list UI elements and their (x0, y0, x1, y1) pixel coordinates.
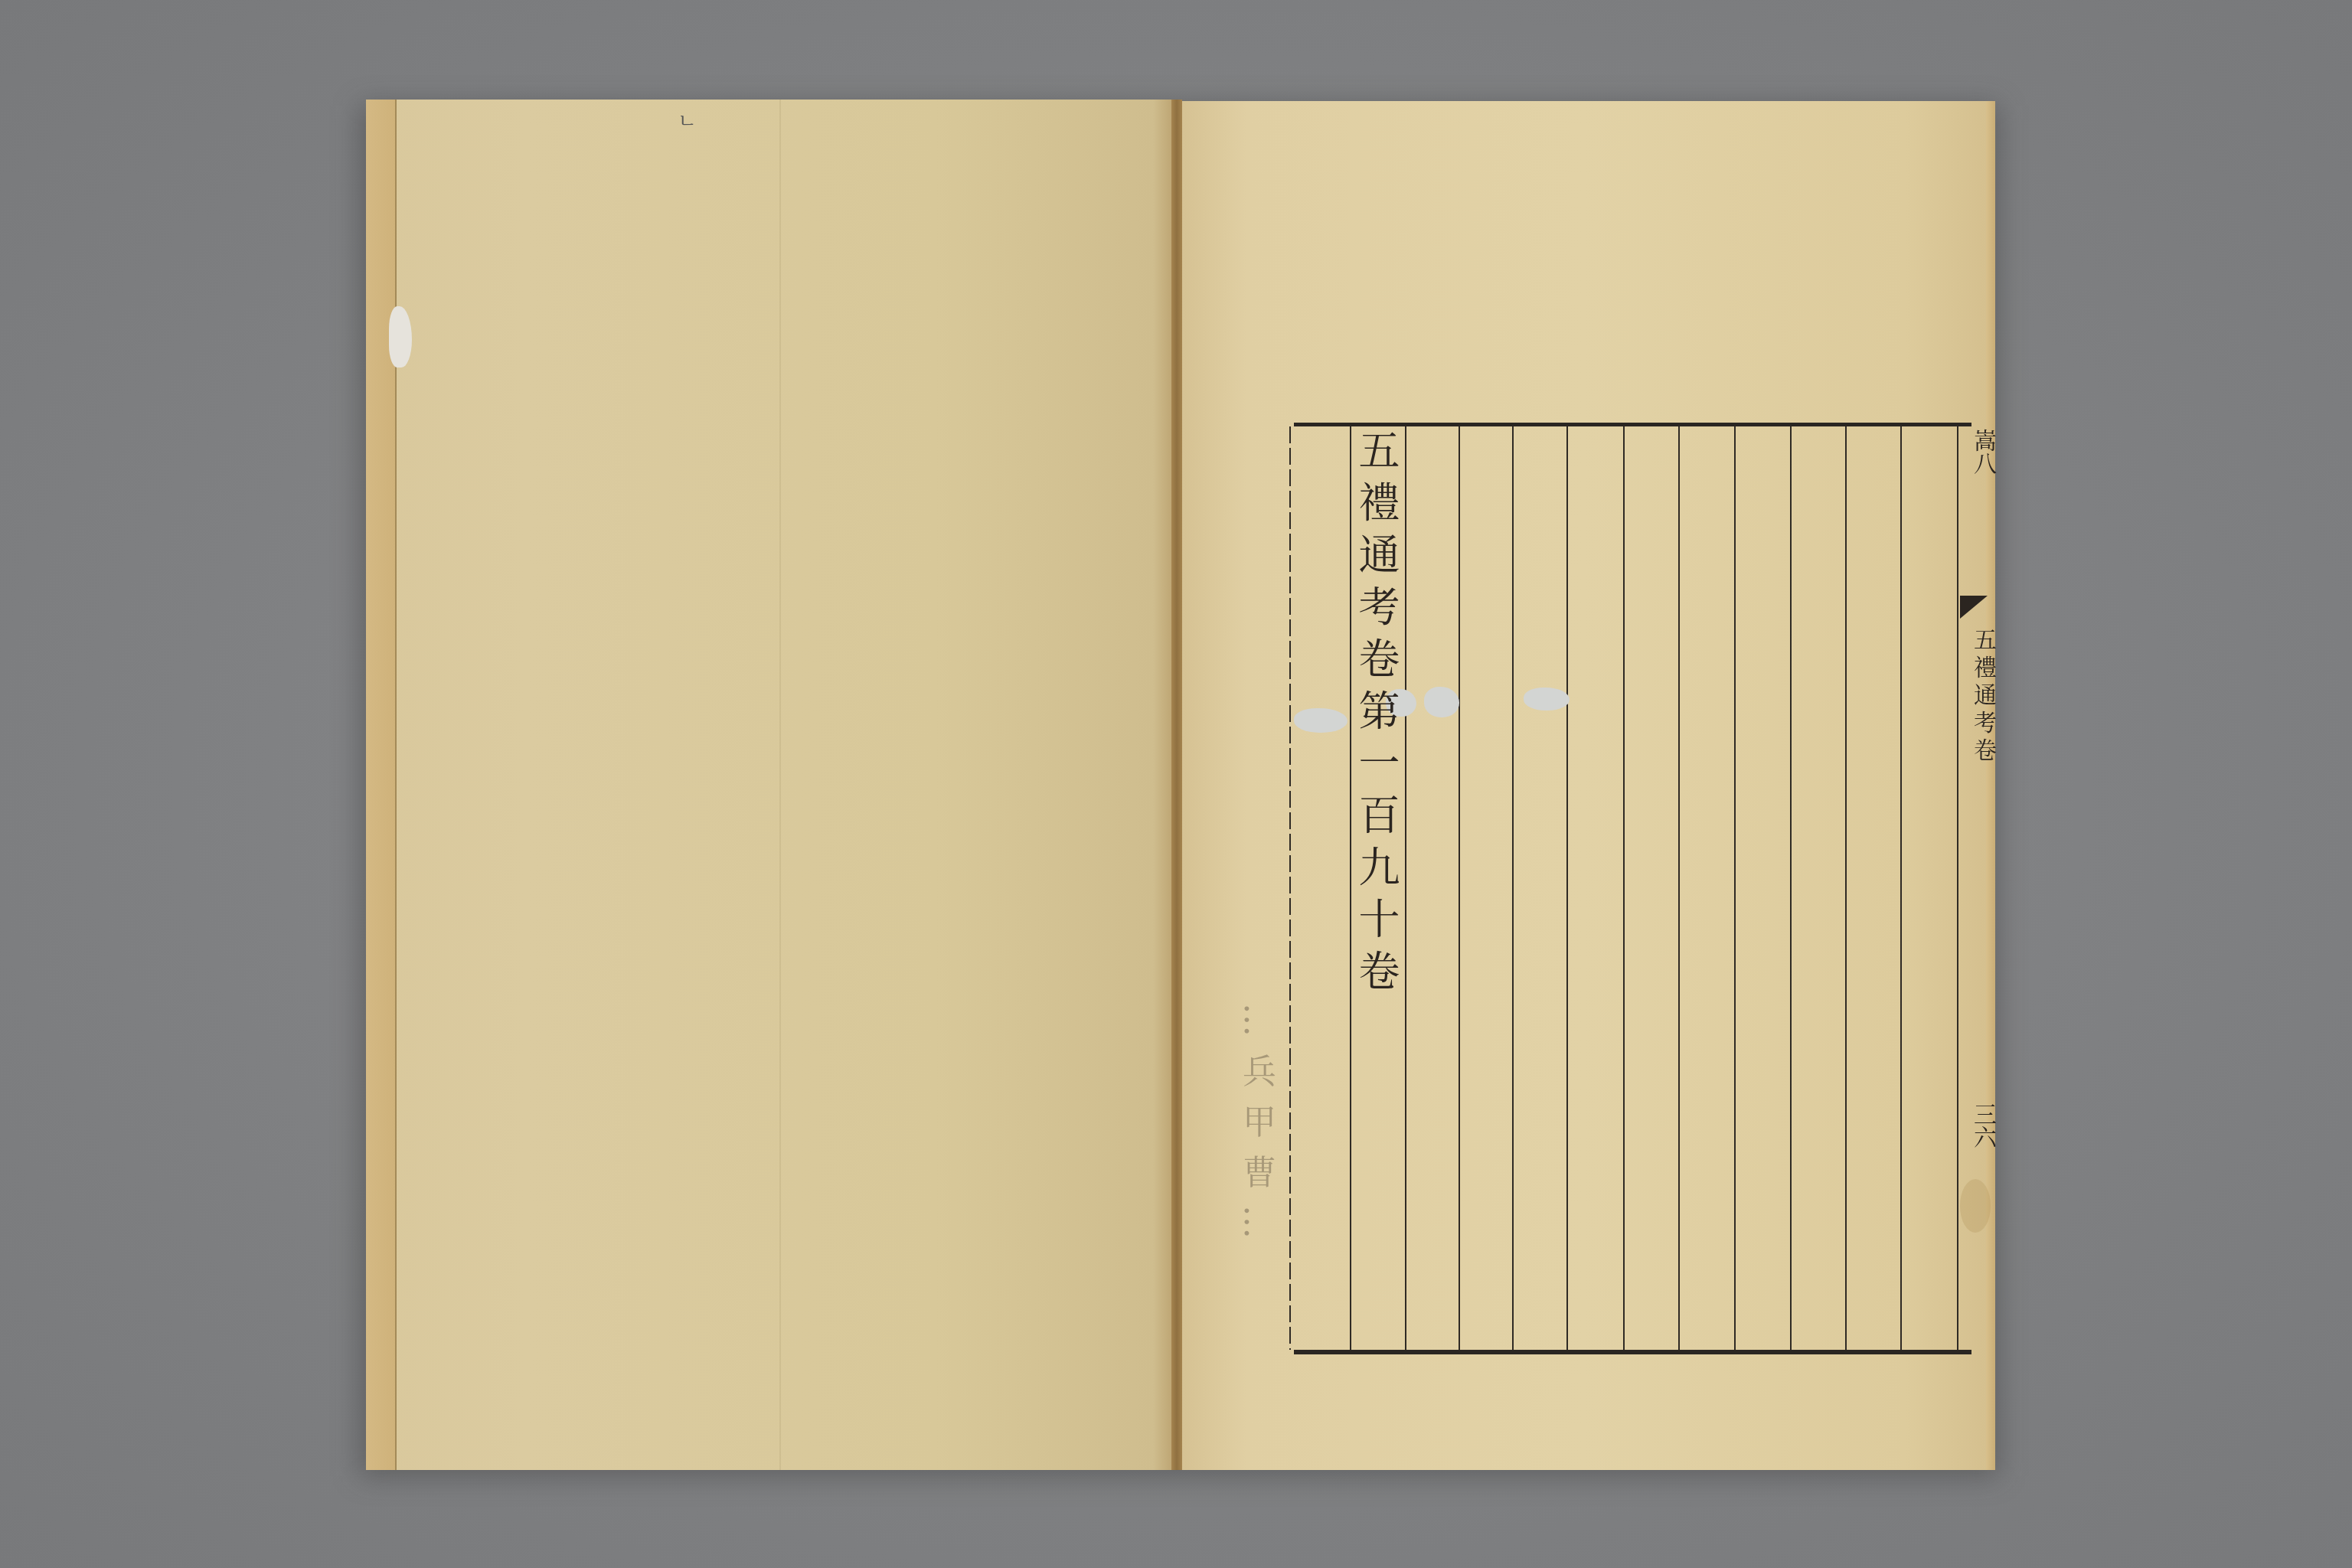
fish-tail-mark-icon (1960, 596, 1988, 619)
column-line (1678, 426, 1680, 1350)
column-line (1512, 426, 1514, 1350)
page-crease (779, 100, 781, 1470)
column-line (1790, 426, 1792, 1350)
column-line (1900, 426, 1902, 1350)
right-page-edge (1986, 101, 1995, 1470)
fold-margin-title: 五禮通考卷 (1965, 628, 1999, 766)
column-line (1405, 426, 1406, 1350)
paper-repair (1294, 708, 1347, 733)
paper-repair (1524, 688, 1570, 710)
paper-repair (1424, 687, 1459, 717)
left-page (366, 100, 1178, 1470)
column-line (1289, 426, 1291, 1350)
fold-margin-top-text: 嵩八 (1965, 429, 1999, 475)
show-through-text: …兵甲曹… (1234, 1003, 1280, 1256)
column-line (1459, 426, 1460, 1350)
column-line (1845, 426, 1847, 1350)
paper-tear (389, 306, 412, 367)
volume-title: 五禮通考卷第一百九十卷 (1349, 429, 1403, 1001)
column-line (1623, 426, 1625, 1350)
fold-margin-page-number: 三六 (1965, 1102, 1999, 1148)
pencil-mark: ㄴ (678, 106, 697, 134)
paper-stain (1960, 1179, 1991, 1233)
column-line (1957, 426, 1958, 1350)
column-line (1734, 426, 1736, 1350)
book-gutter (1171, 100, 1182, 1470)
column-line (1566, 426, 1568, 1350)
left-page-edge (366, 100, 397, 1470)
